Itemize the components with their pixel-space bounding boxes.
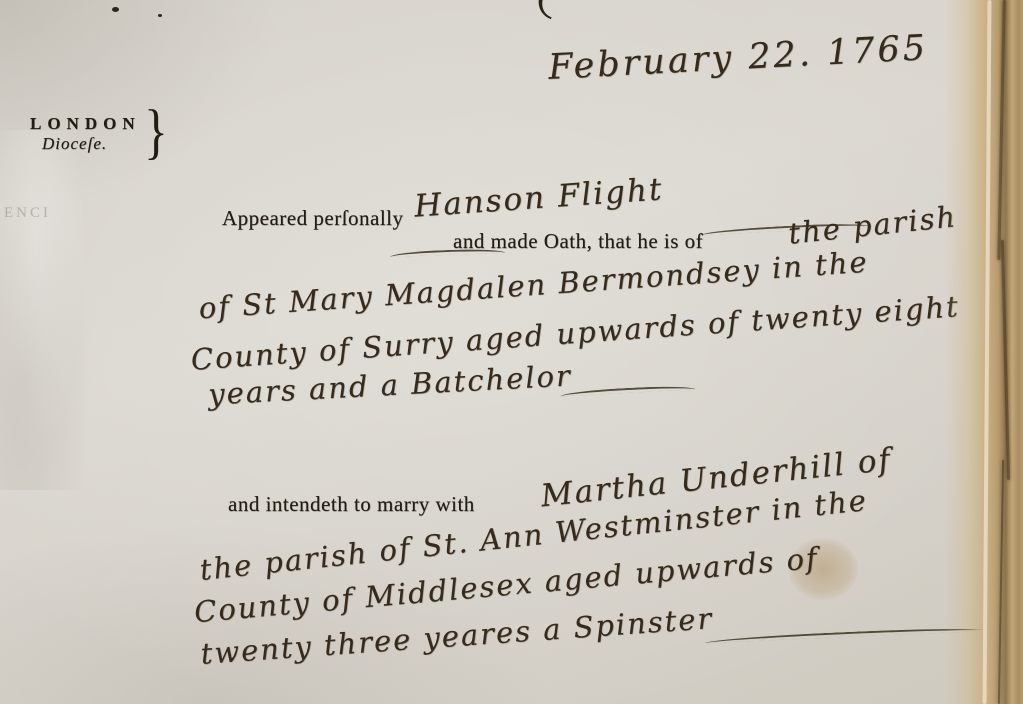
printed-appeared-personally: Appeared perſonally xyxy=(222,206,404,231)
diocese-brace: } xyxy=(144,96,168,166)
binding-crease xyxy=(998,460,1004,704)
embossed-stamp-text: ENCI xyxy=(4,205,51,222)
diocese-word: Dioceſe. xyxy=(42,134,107,154)
printed-made-oath: and made Oath, that he is of xyxy=(453,229,703,254)
date-line: February 22. 1765 xyxy=(547,28,929,88)
binding-highlight xyxy=(983,0,992,704)
document-page: ENCI February 22. 1765 LONDON Dioceſe. }… xyxy=(0,0,1023,704)
groom-parish-intro: the parish xyxy=(787,199,959,251)
book-binding-edge xyxy=(945,0,1023,704)
binding-crease xyxy=(1001,240,1010,480)
diocese-name: LONDON xyxy=(30,114,141,134)
ink-speck xyxy=(112,7,119,12)
binding-crease xyxy=(997,0,1005,260)
printed-intendeth-marry: and intendeth to marry with xyxy=(228,492,475,517)
groom-name: Hanson Flight xyxy=(413,171,664,224)
ink-speck xyxy=(158,14,162,17)
embossed-stamp xyxy=(0,130,96,490)
flourish-line xyxy=(560,384,695,396)
cropped-ink-mark xyxy=(533,0,560,19)
